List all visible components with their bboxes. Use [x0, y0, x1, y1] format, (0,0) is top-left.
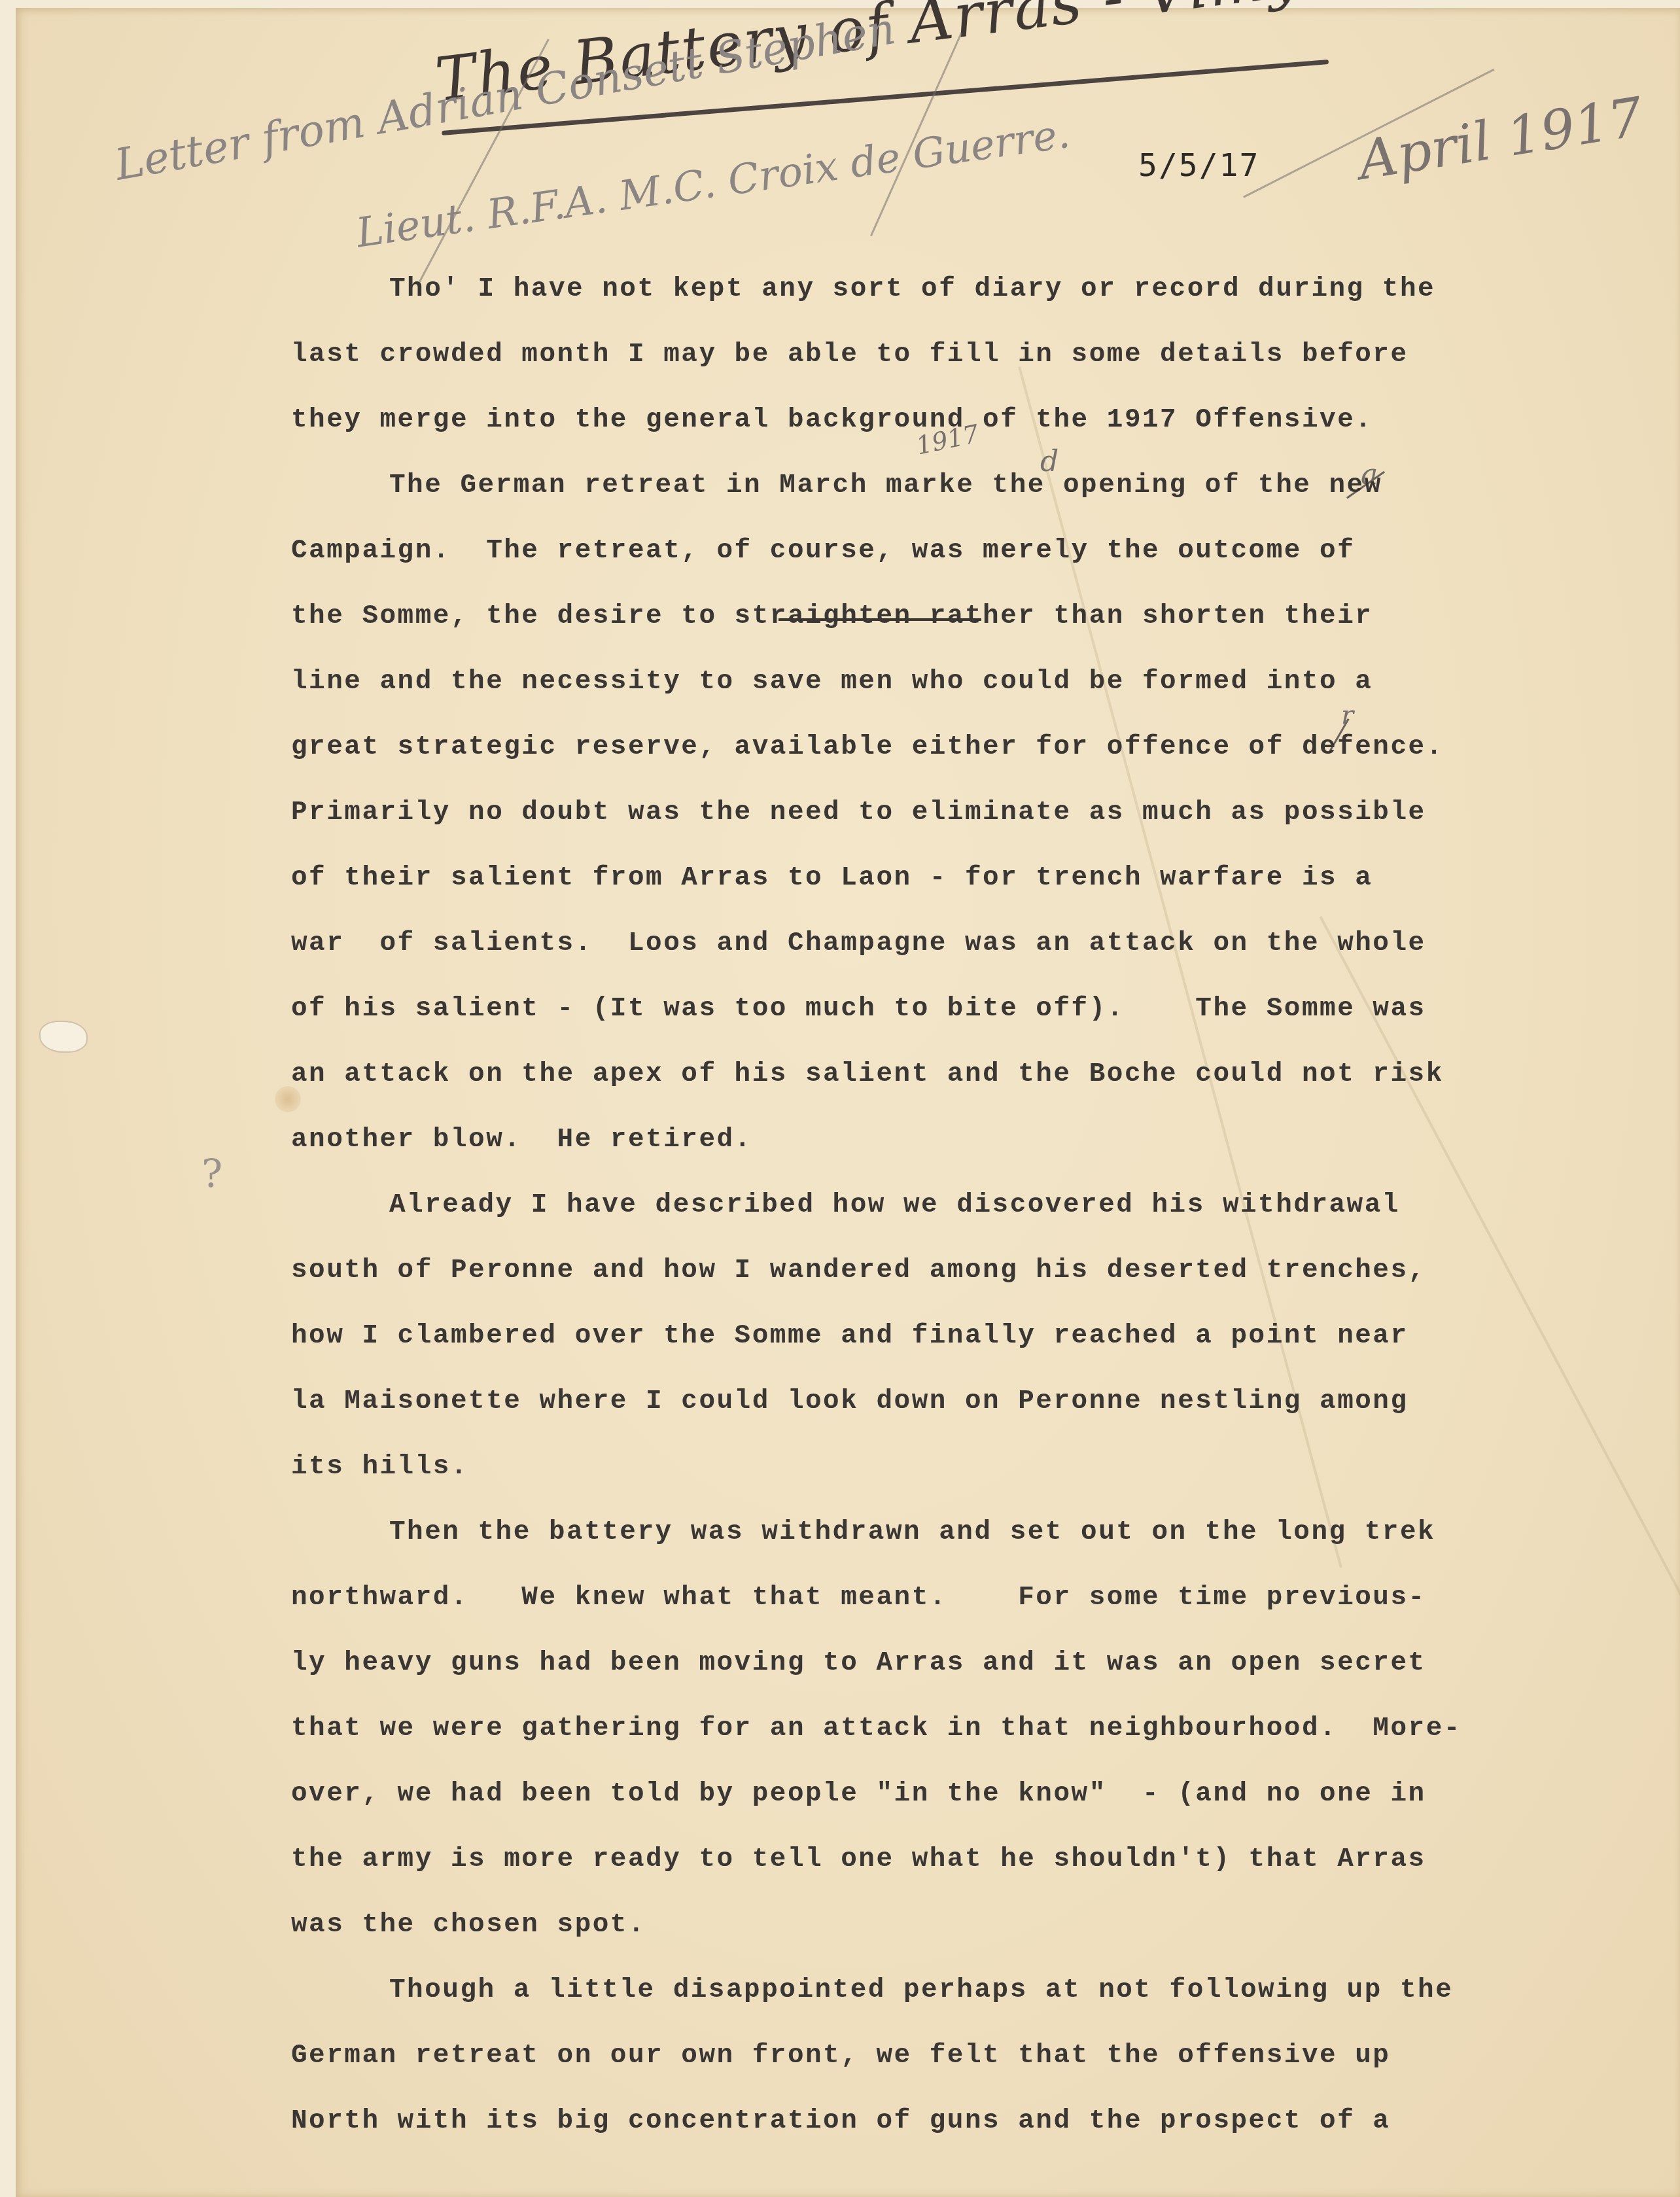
text-line: of his salient - (It was too much to bit…: [291, 976, 1580, 1042]
text-line: war of salients. Loos and Champagne was …: [291, 911, 1580, 976]
text-line: an attack on the apex of his salient and…: [291, 1042, 1580, 1107]
paragraph-3: Already I have described how we discover…: [291, 1172, 1580, 1500]
paragraph-2: The German retreat in March marke the op…: [291, 453, 1580, 1172]
text-line: great strategic reserve, available eithe…: [291, 714, 1580, 780]
text-line: line and the necessity to save men who c…: [291, 649, 1580, 714]
text-line: that we were gathering for an attack in …: [291, 1696, 1580, 1761]
text-line: last crowded month I may be able to fill…: [291, 322, 1580, 387]
text-line: the army is more ready to tell one what …: [291, 1827, 1580, 1892]
margin-question-mark: ?: [201, 1151, 222, 1197]
paragraph-5: Though a little disappointed perhaps at …: [291, 1958, 1580, 2154]
text-line: German retreat on our own front, we felt…: [291, 2023, 1580, 2088]
text-line: another blow. He retired.: [291, 1107, 1580, 1172]
paragraph-1: Tho' I have not kept any sort of diary o…: [291, 256, 1580, 453]
text-line: over, we had been told by people "in the…: [291, 1761, 1580, 1827]
text-line: Already I have described how we discover…: [291, 1172, 1580, 1238]
text-line: Campaign. The retreat, of course, was me…: [291, 518, 1580, 584]
text-line: The German retreat in March marke the op…: [291, 453, 1580, 518]
text-line-with-underline: the Somme, the desire to straighten rath…: [291, 584, 1580, 649]
paragraph-4: Then the battery was withdrawn and set o…: [291, 1500, 1580, 1958]
underline-straighten: [779, 618, 981, 621]
text-line: Though a little disappointed perhaps at …: [291, 1958, 1580, 2023]
text-line: North with its big concentration of guns…: [291, 2088, 1580, 2154]
letter-body: Tho' I have not kept any sort of diary o…: [291, 256, 1580, 2154]
text-line: south of Peronne and how I wandered amon…: [291, 1238, 1580, 1303]
text-line: was the chosen spot.: [291, 1892, 1580, 1958]
text-line: how I clambered over the Somme and final…: [291, 1303, 1580, 1369]
text-line: la Maisonette where I could look down on…: [291, 1369, 1580, 1434]
typed-date: 5/5/17: [1138, 147, 1259, 184]
text-line: they merge into the general background o…: [291, 387, 1580, 453]
text-line: its hills.: [291, 1434, 1580, 1500]
text-line: ly heavy guns had been moving to Arras a…: [291, 1630, 1580, 1696]
text-line: Tho' I have not kept any sort of diary o…: [291, 256, 1580, 322]
text-line: Primarily no doubt was the need to elimi…: [291, 780, 1580, 845]
text-line: Then the battery was withdrawn and set o…: [291, 1500, 1580, 1565]
paper-tear: [39, 1021, 88, 1053]
text-line: of their salient from Arras to Laon - fo…: [291, 845, 1580, 911]
text-line: northward. We knew what that meant. For …: [291, 1565, 1580, 1630]
